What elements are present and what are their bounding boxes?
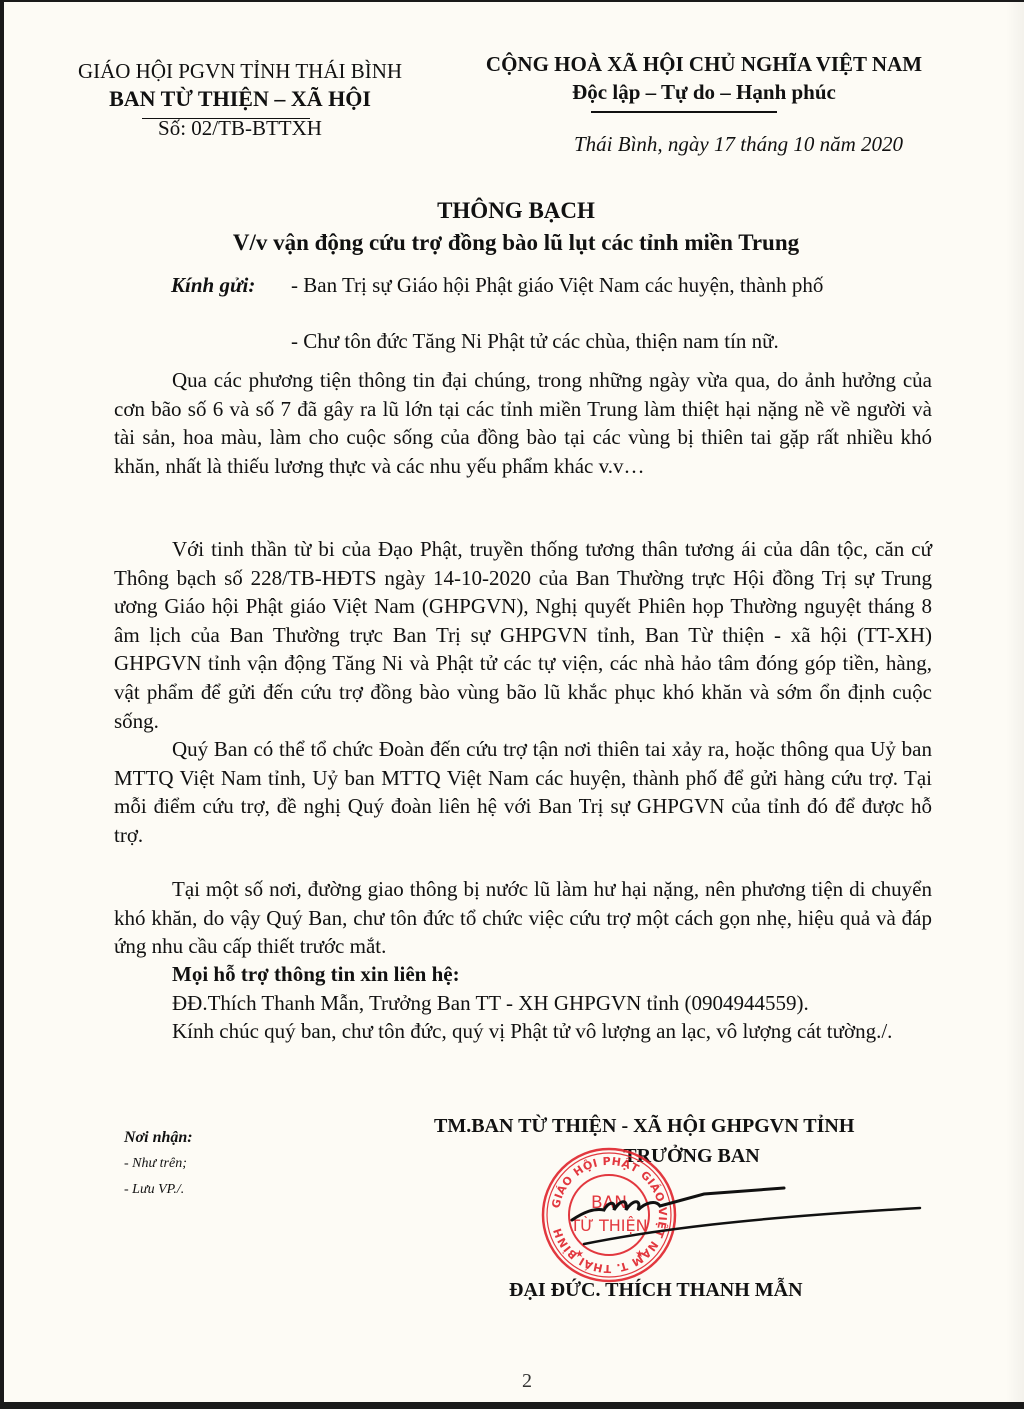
document-page: GIÁO HỘI PGVN TỈNH THÁI BÌNH BAN TỪ THIỆ… [4,2,1024,1402]
place-date: Thái Bình, ngày 17 tháng 10 năm 2020 [574,132,903,157]
paragraph-text: Qua các phương tiện thông tin đại chúng,… [114,366,932,480]
contact-section: Mọi hỗ trợ thông tin xin liên hệ: ĐĐ.Thí… [114,960,932,1046]
closing-text: Kính chúc quý ban, chư tôn đức, quý vị P… [114,1017,932,1046]
signature-org: TM.BAN TỪ THIỆN - XÃ HỘI GHPGVN TỈNH [434,1115,854,1138]
recipients-label: Kính gửi: [171,273,255,298]
page-number: 2 [522,1370,532,1393]
seal-star-icon: ★ [635,1249,644,1260]
doc-subject: V/v vận động cứu trợ đồng bào lũ lụt các… [4,230,1024,256]
paragraph-text: Với tinh thần từ bi của Đạo Phật, truyền… [114,535,932,735]
body-paragraph-2: Với tinh thần từ bi của Đạo Phật, truyền… [114,535,932,735]
footer-recipient-item: - Lưu VP./. [124,1182,184,1198]
paragraph-text: Tại một số nơi, đường giao thông bị nước… [114,875,932,961]
recipient-item: - Ban Trị sự Giáo hội Phật giáo Việt Nam… [291,273,823,298]
contact-heading: Mọi hỗ trợ thông tin xin liên hệ: [114,960,932,989]
body-paragraph-3: Quý Ban có thể tổ chức Đoàn đến cứu trợ … [114,735,932,849]
handwritten-signature [564,1180,924,1250]
seal-star-icon: ★ [575,1249,584,1260]
org-parent: GIÁO HỘI PGVN TỈNH THÁI BÌNH [50,59,430,84]
nation-heading: CỘNG HOÀ XÃ HỘI CHỦ NGHĨA VIỆT NAM [444,52,964,77]
doc-title: THÔNG BẠCH [4,198,1024,224]
signature-title: TRƯỞNG BAN [434,1145,949,1168]
signer-name: ĐẠI ĐỨC. THÍCH THANH MẪN [509,1279,803,1302]
footer-recipient-item: - Như trên; [124,1156,187,1172]
nation-motto: Độc lập – Tự do – Hạnh phúc [444,80,964,105]
doc-number: Số: 02/TB-BTTXH [50,116,430,141]
footer-recipients-label: Nơi nhận: [124,1129,193,1147]
motto-underline [591,111,777,113]
contact-line: ĐĐ.Thích Thanh Mẫn, Trưởng Ban TT - XH G… [114,989,932,1018]
body-paragraph-1: Qua các phương tiện thông tin đại chúng,… [114,366,932,480]
body-paragraph-4: Tại một số nơi, đường giao thông bị nước… [114,875,932,961]
recipient-item: - Chư tôn đức Tăng Ni Phật tử các chùa, … [291,329,779,354]
org-name: BAN TỪ THIỆN – XÃ HỘI [50,86,430,112]
paragraph-text: Quý Ban có thể tổ chức Đoàn đến cứu trợ … [114,735,932,849]
